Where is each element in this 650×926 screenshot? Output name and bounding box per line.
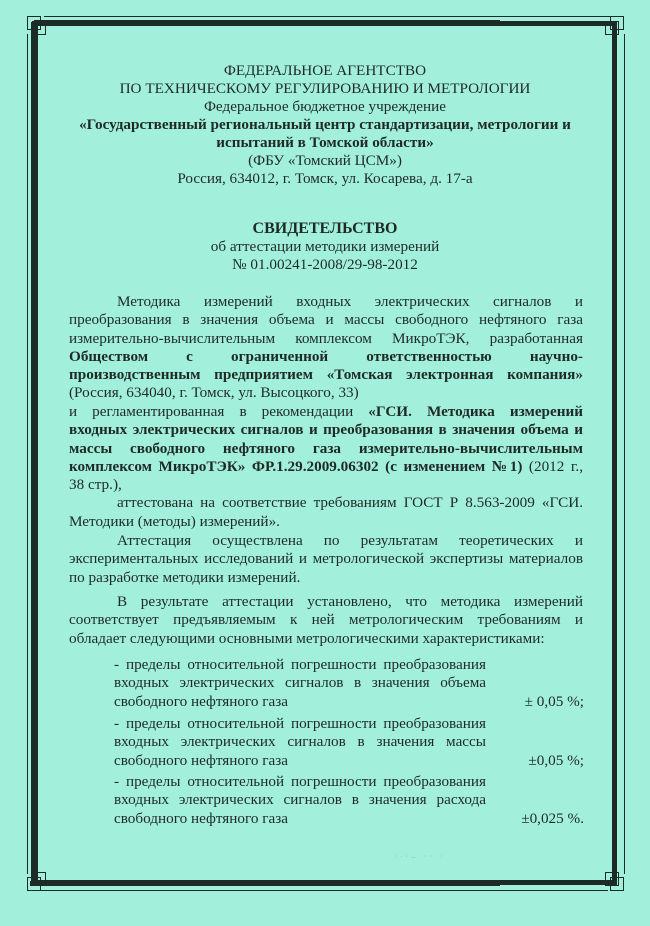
characteristic-line: - пределы относительной погрешности прео… (114, 773, 486, 791)
institution-type: Федеральное бюджетное учреждение (0, 98, 650, 116)
characteristic-value: ±0,025 %. (521, 810, 584, 828)
para4-line: обладает следующими основными метрологич… (69, 630, 583, 648)
characteristic-mass: - пределы относительной погрешности прео… (114, 715, 584, 770)
recommendation-title: «ГСИ. Методика измерений (368, 403, 583, 420)
paragraph-methodology: Методика измерений входных электрических… (69, 293, 583, 403)
characteristic-line: - пределы относительной погрешности прео… (114, 715, 486, 733)
para2-line: комплексом МикроТЭК» ФР.1.29.2009.06302 … (69, 458, 583, 476)
faint-stamp-marks: ·∙·– ·· · (395, 852, 495, 864)
para1-line-developer: Обществом с ограниченной ответственность… (69, 348, 583, 366)
para2-line-gost: аттестована на соответствие требованиям … (69, 494, 583, 512)
characteristic-value: ±0,05 %; (528, 752, 584, 770)
institution-name-line2: испытаний в Томской области» (0, 134, 650, 152)
para2-text: и регламентированная в рекомендации (69, 403, 368, 420)
characteristic-line: входных электрических сигналов в значени… (114, 674, 486, 692)
para3-line: по разработке методики измерений. (69, 569, 583, 587)
para2-line: входных электрических сигналов и преобра… (69, 421, 583, 439)
characteristic-flow: - пределы относительной погрешности прео… (114, 773, 584, 828)
certificate-title: СВИДЕТЕЛЬСТВО (0, 220, 650, 238)
para1-line: измерительно-вычислительным комплексом М… (69, 330, 583, 348)
characteristic-line: - пределы относительной погрешности прео… (114, 656, 486, 674)
certificate-page: ФЕДЕРАЛЬНОЕ АГЕНТСТВО ПО ТЕХНИЧЕСКОМУ РЕ… (0, 0, 650, 926)
characteristic-volume: - пределы относительной погрешности прео… (114, 656, 584, 711)
para3-line: экспериментальных исследований и метроло… (69, 550, 583, 568)
institution-address: Россия, 634012, г. Томск, ул. Косарева, … (0, 170, 650, 188)
para1-line: преобразования в значения объема и массы… (69, 311, 583, 329)
paragraph-attestation: Аттестация осуществлена по результатам т… (69, 532, 583, 587)
para2-line: 38 стр.), (69, 476, 583, 494)
certificate-number: № 01.00241-2008/29-98-2012 (0, 256, 650, 274)
agency-name-line2: ПО ТЕХНИЧЕСКОМУ РЕГУЛИРОВАНИЮ И МЕТРОЛОГ… (0, 80, 650, 98)
characteristic-value: ± 0,05 %; (525, 693, 584, 711)
para1-line: Методика измерений входных электрических… (69, 293, 583, 311)
para4-line: В результате аттестации установлено, что… (69, 593, 583, 611)
paragraph-regulation: и регламентированная в рекомендации «ГСИ… (69, 403, 583, 531)
characteristic-line: свободного нефтяного газа (114, 752, 486, 770)
para1-line-address: (Россия, 634040, г. Томск, ул. Высоцкого… (69, 384, 583, 402)
characteristic-line: свободного нефтяного газа (114, 693, 486, 711)
paragraph-result: В результате аттестации установлено, что… (69, 593, 583, 648)
para3-line: Аттестация осуществлена по результатам т… (69, 532, 583, 550)
characteristic-line: входных электрических сигналов в значени… (114, 733, 486, 751)
para1-line-developer: производственным предприятием «Томская э… (69, 366, 583, 384)
para2-line: массы свободного нефтяного газа измерите… (69, 440, 583, 458)
recommendation-code: комплексом МикроТЭК» ФР.1.29.2009.06302 … (69, 458, 522, 475)
institution-name-line1: «Государственный региональный центр стан… (0, 116, 650, 134)
institution-short-name: (ФБУ «Томский ЦСМ») (0, 152, 650, 170)
characteristic-line: входных электрических сигналов в значени… (114, 791, 486, 809)
para2-line: Методики (методы) измерений». (69, 513, 583, 531)
certificate-subtitle: об аттестации методики измерений (0, 238, 650, 256)
para2-line: и регламентированная в рекомендации «ГСИ… (69, 403, 583, 421)
characteristic-line: свободного нефтяного газа (114, 810, 486, 828)
para2-text: (2012 г., (522, 458, 583, 475)
para4-line: соответствует предъявляемым к ней метрол… (69, 611, 583, 629)
agency-name-line1: ФЕДЕРАЛЬНОЕ АГЕНТСТВО (0, 62, 650, 80)
